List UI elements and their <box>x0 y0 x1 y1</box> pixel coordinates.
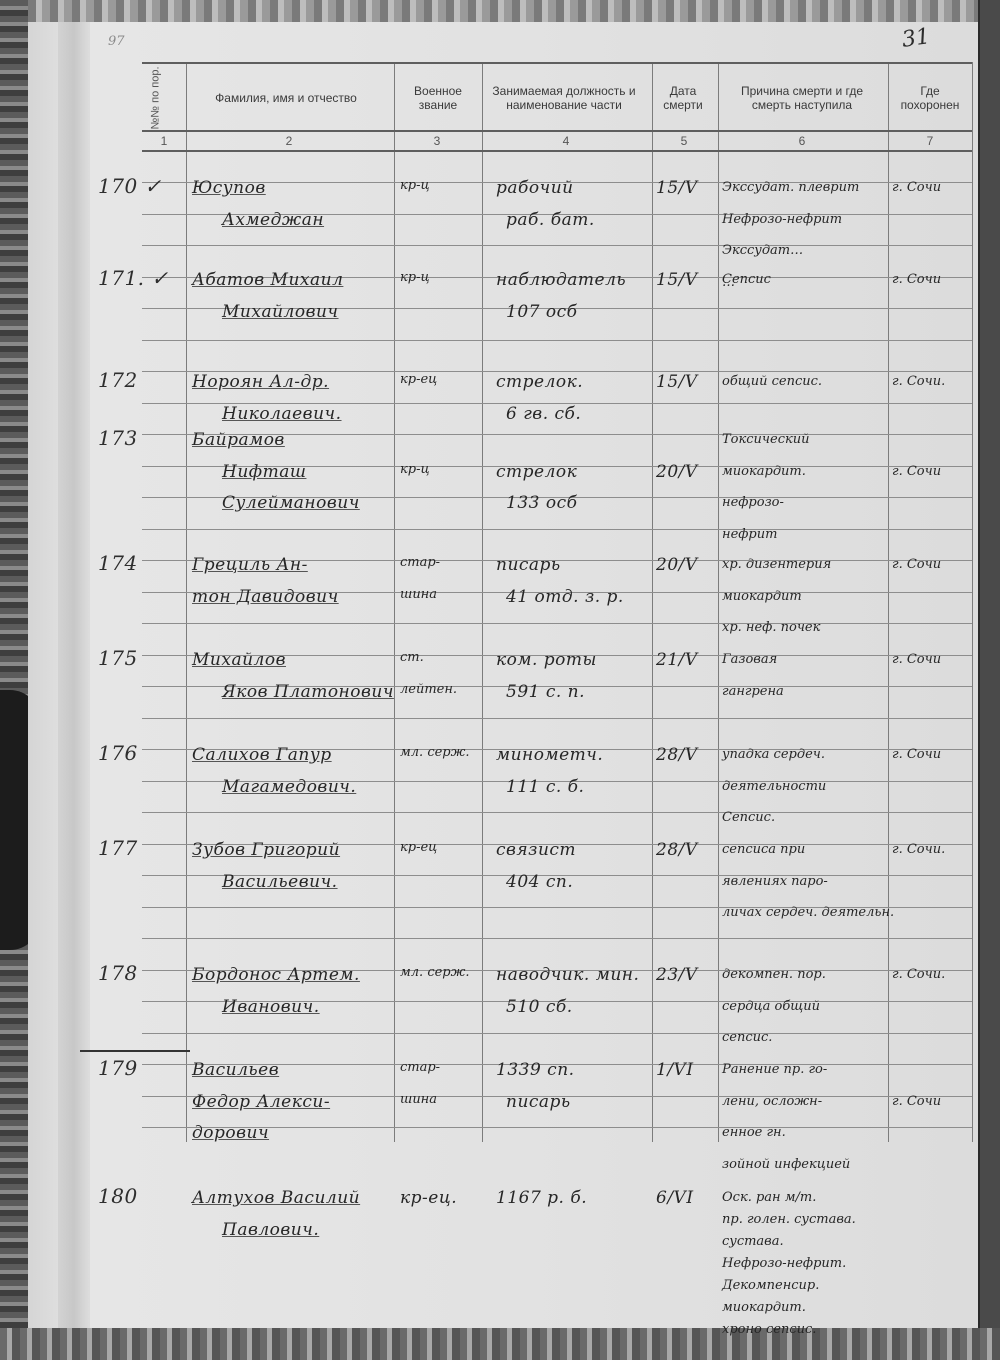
record-cause-line: Декомпенсир. <box>722 1278 819 1293</box>
record-name-line: Норoян Ал-др. <box>192 372 329 392</box>
record-date: 23/V <box>656 965 698 985</box>
grid-hline <box>142 130 972 132</box>
header-col-6: Причина смерти и где смерть наступила <box>722 66 882 130</box>
header-col-4: Занимаемая должность и наименование част… <box>488 66 640 130</box>
record-cause-line: пр. голен. сустава. <box>722 1212 856 1227</box>
record-rank-line: кр-ец <box>400 840 437 855</box>
record-number: 180 <box>98 1184 138 1208</box>
grid-hline <box>142 245 972 246</box>
col-number-3: 3 <box>394 133 480 149</box>
page-bottom-edge <box>0 1328 1000 1360</box>
record-cause-line: Оск. ран м/т. <box>722 1190 816 1205</box>
record-date: 20/V <box>656 555 698 575</box>
record-cause-line: нефрит <box>722 527 777 542</box>
record-date: 1/VI <box>656 1060 694 1080</box>
record-rank-line: мл. серж. <box>400 745 470 760</box>
record-position-line: связист <box>496 840 576 860</box>
record-number: 172 <box>98 368 138 392</box>
record-name-line: Бордонос Артем. <box>192 965 360 985</box>
record-position-line: 111 с. б. <box>506 777 584 797</box>
record-rank-line: мл. серж. <box>400 965 470 980</box>
record-name-line: Васильевич. <box>222 872 338 892</box>
record-cause-line: миокардит. <box>722 1300 806 1315</box>
record-cause-line: Токсический <box>722 432 809 447</box>
record-cause-line: сепсис. <box>722 1030 772 1045</box>
record-date: 15/V <box>656 270 698 290</box>
record-date: 6/VI <box>656 1188 694 1208</box>
record-name-line: Николаевич. <box>222 404 342 424</box>
record-position-line: раб. бат. <box>506 210 595 230</box>
record-burial-place: г. Сочи. <box>892 374 945 389</box>
record-date: 20/V <box>656 462 698 482</box>
record-number: 173 <box>98 426 138 450</box>
record-burial-place: г. Сочи <box>892 747 941 762</box>
record-cause-line: общий сепсис. <box>722 374 822 389</box>
record-cause-line: сустава. <box>722 1234 784 1249</box>
record-date: 21/V <box>656 650 698 670</box>
record-cause-line: деятельности <box>722 779 826 794</box>
header-col-3: Военное звание <box>400 66 476 130</box>
record-number: 178 <box>98 961 138 985</box>
record-date: 15/V <box>656 372 698 392</box>
record-position-line: 6 гв. сб. <box>506 404 581 424</box>
col-number-2: 2 <box>186 133 392 149</box>
record-position-line: стрелок <box>496 462 577 482</box>
col-number-7: 7 <box>888 133 972 149</box>
record-date: 28/V <box>656 840 698 860</box>
page-fold-shadow <box>58 10 90 1350</box>
grid-hline <box>142 340 972 341</box>
record-cause-line: упадка сердеч. <box>722 747 825 762</box>
record-burial-place: г. Сочи <box>892 1094 941 1109</box>
record-cause-line: хр. дизентерия <box>722 557 831 572</box>
record-position-line: 1167 р. б. <box>496 1188 587 1208</box>
record-name-line: Иванович. <box>222 997 320 1017</box>
record-rank-line: стар- <box>400 555 440 570</box>
record-cause-line: явлениях паро- <box>722 874 828 889</box>
record-position-line: стрелок. <box>496 372 583 392</box>
record-number: 179 <box>98 1056 138 1080</box>
record-name-line: Алтухов Василий <box>192 1188 360 1208</box>
grid-hline <box>142 623 972 624</box>
record-cause-line: миокардит <box>722 589 802 604</box>
record-rank-line: лейтен. <box>400 682 457 697</box>
record-name-line: Михайлович <box>222 302 339 322</box>
record-name-line: Магамедович. <box>222 777 356 797</box>
record-cause-line: Нефрозо-нефрит <box>722 212 842 227</box>
record-name-line: Зубов Григорий <box>192 840 340 860</box>
record-position-line: 41 отд. з. р. <box>506 587 624 607</box>
record-cause-line: личах сердеч. деятельн. <box>722 905 894 920</box>
record-name-line: Сулейманович <box>222 493 360 513</box>
header-col-5: Дата смерти <box>654 66 712 130</box>
record-position-line: 510 сб. <box>506 997 573 1017</box>
record-cause-line: Экссудат. плеврит <box>722 180 859 195</box>
record-number: 171. ✓ <box>98 266 169 290</box>
grid-hline <box>142 1033 972 1034</box>
col-number-5: 5 <box>652 133 716 149</box>
record-date: 15/V <box>656 178 698 198</box>
record-burial-place: г. Сочи <box>892 272 941 287</box>
record-rank-line: шина <box>400 587 437 602</box>
record-name-line: Абатов Михаил <box>192 270 343 290</box>
separator-mark <box>80 1050 190 1052</box>
grid-hline <box>142 718 972 719</box>
record-date: 28/V <box>656 745 698 765</box>
record-name-line: Байрамов <box>192 430 285 450</box>
page-top-edge <box>28 0 978 22</box>
record-name-line: Ахмеджан <box>222 210 324 230</box>
record-burial-place: г. Сочи <box>892 557 941 572</box>
record-position-line: 133 осб <box>506 493 577 513</box>
corner-mark: 97 <box>108 34 125 49</box>
header-col-7: Где похоронен <box>890 66 970 130</box>
record-cause-line: Нефрозо-нефрит. <box>722 1256 846 1271</box>
record-name-line: Федор Алекси- <box>192 1092 330 1112</box>
record-position-line: наблюдатель <box>496 270 626 290</box>
record-rank-line: кр-ец <box>400 372 437 387</box>
record-position-line: писарь <box>506 1092 571 1112</box>
record-number: 177 <box>98 836 138 860</box>
record-position-line: наводчик. мин. <box>496 965 639 985</box>
record-name-line: Васильев <box>192 1060 279 1080</box>
record-position-line: 404 сп. <box>506 872 573 892</box>
record-cause-line: лени, осложн- <box>722 1094 822 1109</box>
record-rank-line: шина <box>400 1092 437 1107</box>
record-name-line: Грециль Ан- <box>192 555 308 575</box>
grid-hline <box>142 150 972 152</box>
record-cause-line: енное гн. <box>722 1125 786 1140</box>
grid-vline <box>718 62 719 1142</box>
grid-hline <box>142 62 972 64</box>
record-burial-place: г. Сочи <box>892 180 941 195</box>
record-position-line: писарь <box>496 555 561 575</box>
record-number: 174 <box>98 551 138 575</box>
record-number: 170 ✓ <box>98 174 162 198</box>
record-burial-place: г. Сочи. <box>892 842 945 857</box>
record-rank-line: кр-ц <box>400 270 430 285</box>
record-name-line: Нифташ <box>222 462 306 482</box>
record-position-line: ком. роты <box>496 650 597 670</box>
sheet-number: 31 <box>900 24 931 53</box>
record-rank-line: кр-ц <box>400 178 430 193</box>
record-rank-line: кр-ц <box>400 462 430 477</box>
record-cause-line: миокардит. <box>722 464 806 479</box>
record-number: 175 <box>98 646 138 670</box>
grid-vline <box>652 62 653 1142</box>
record-rank-line: ст. <box>400 650 424 665</box>
record-name-line: Павлович. <box>222 1220 319 1240</box>
grid-vline <box>888 62 889 1142</box>
grid-hline <box>142 529 972 530</box>
record-name-line: Юсупов <box>192 178 266 198</box>
record-rank-line: стар- <box>400 1060 440 1075</box>
record-name-line: дорович <box>192 1123 269 1143</box>
record-burial-place: г. Сочи <box>892 652 941 667</box>
record-cause-line: сердца общий <box>722 999 820 1014</box>
record-number: 176 <box>98 741 138 765</box>
record-cause-line: Сепсис. <box>722 810 775 825</box>
header-col-2: Фамилия, имя и отчество <box>186 66 386 130</box>
page-right-edge <box>980 0 1000 1360</box>
record-cause-line: Ранение пр. го- <box>722 1062 827 1077</box>
record-position-line: минометч. <box>496 745 603 765</box>
header-col-1: №№ по пор. <box>142 66 170 130</box>
record-cause-line: декомпен. пор. <box>722 967 826 982</box>
record-name-line: тон Давидович <box>192 587 339 607</box>
record-name-line: Салихов Гапур <box>192 745 332 765</box>
record-cause-line: хроно сепсис. <box>722 1322 816 1337</box>
record-cause-line: Газовая <box>722 652 777 667</box>
record-rank-line: кр-ец. <box>400 1188 457 1208</box>
record-cause-line: сепсиса при <box>722 842 805 857</box>
col-number-4: 4 <box>482 133 650 149</box>
record-position-line: 107 осб <box>506 302 577 322</box>
record-position-line: рабочий <box>496 178 574 198</box>
record-cause-line: зойной инфекцией <box>722 1157 850 1172</box>
record-name-line: Яков Платонович <box>222 682 394 702</box>
grid-vline <box>972 62 973 1142</box>
grid-vline <box>186 62 187 1142</box>
record-position-line: 1339 сп. <box>496 1060 575 1080</box>
col-number-1: 1 <box>142 133 186 149</box>
record-cause-line: хр. неф. почек <box>722 620 820 635</box>
record-cause-line: Экссудат… <box>722 243 803 258</box>
record-name-line: Михайлов <box>192 650 286 670</box>
col-number-6: 6 <box>718 133 886 149</box>
grid-hline <box>142 812 972 813</box>
record-position-line: 591 с. п. <box>506 682 585 702</box>
record-burial-place: г. Сочи. <box>892 967 945 982</box>
record-cause-line: нефрозо- <box>722 495 784 510</box>
record-cause-line: Сепсис <box>722 272 771 287</box>
grid-vline <box>394 62 395 1142</box>
grid-vline <box>482 62 483 1142</box>
record-burial-place: г. Сочи <box>892 464 941 479</box>
record-cause-line: гангрена <box>722 684 784 699</box>
grid-hline <box>142 938 972 939</box>
